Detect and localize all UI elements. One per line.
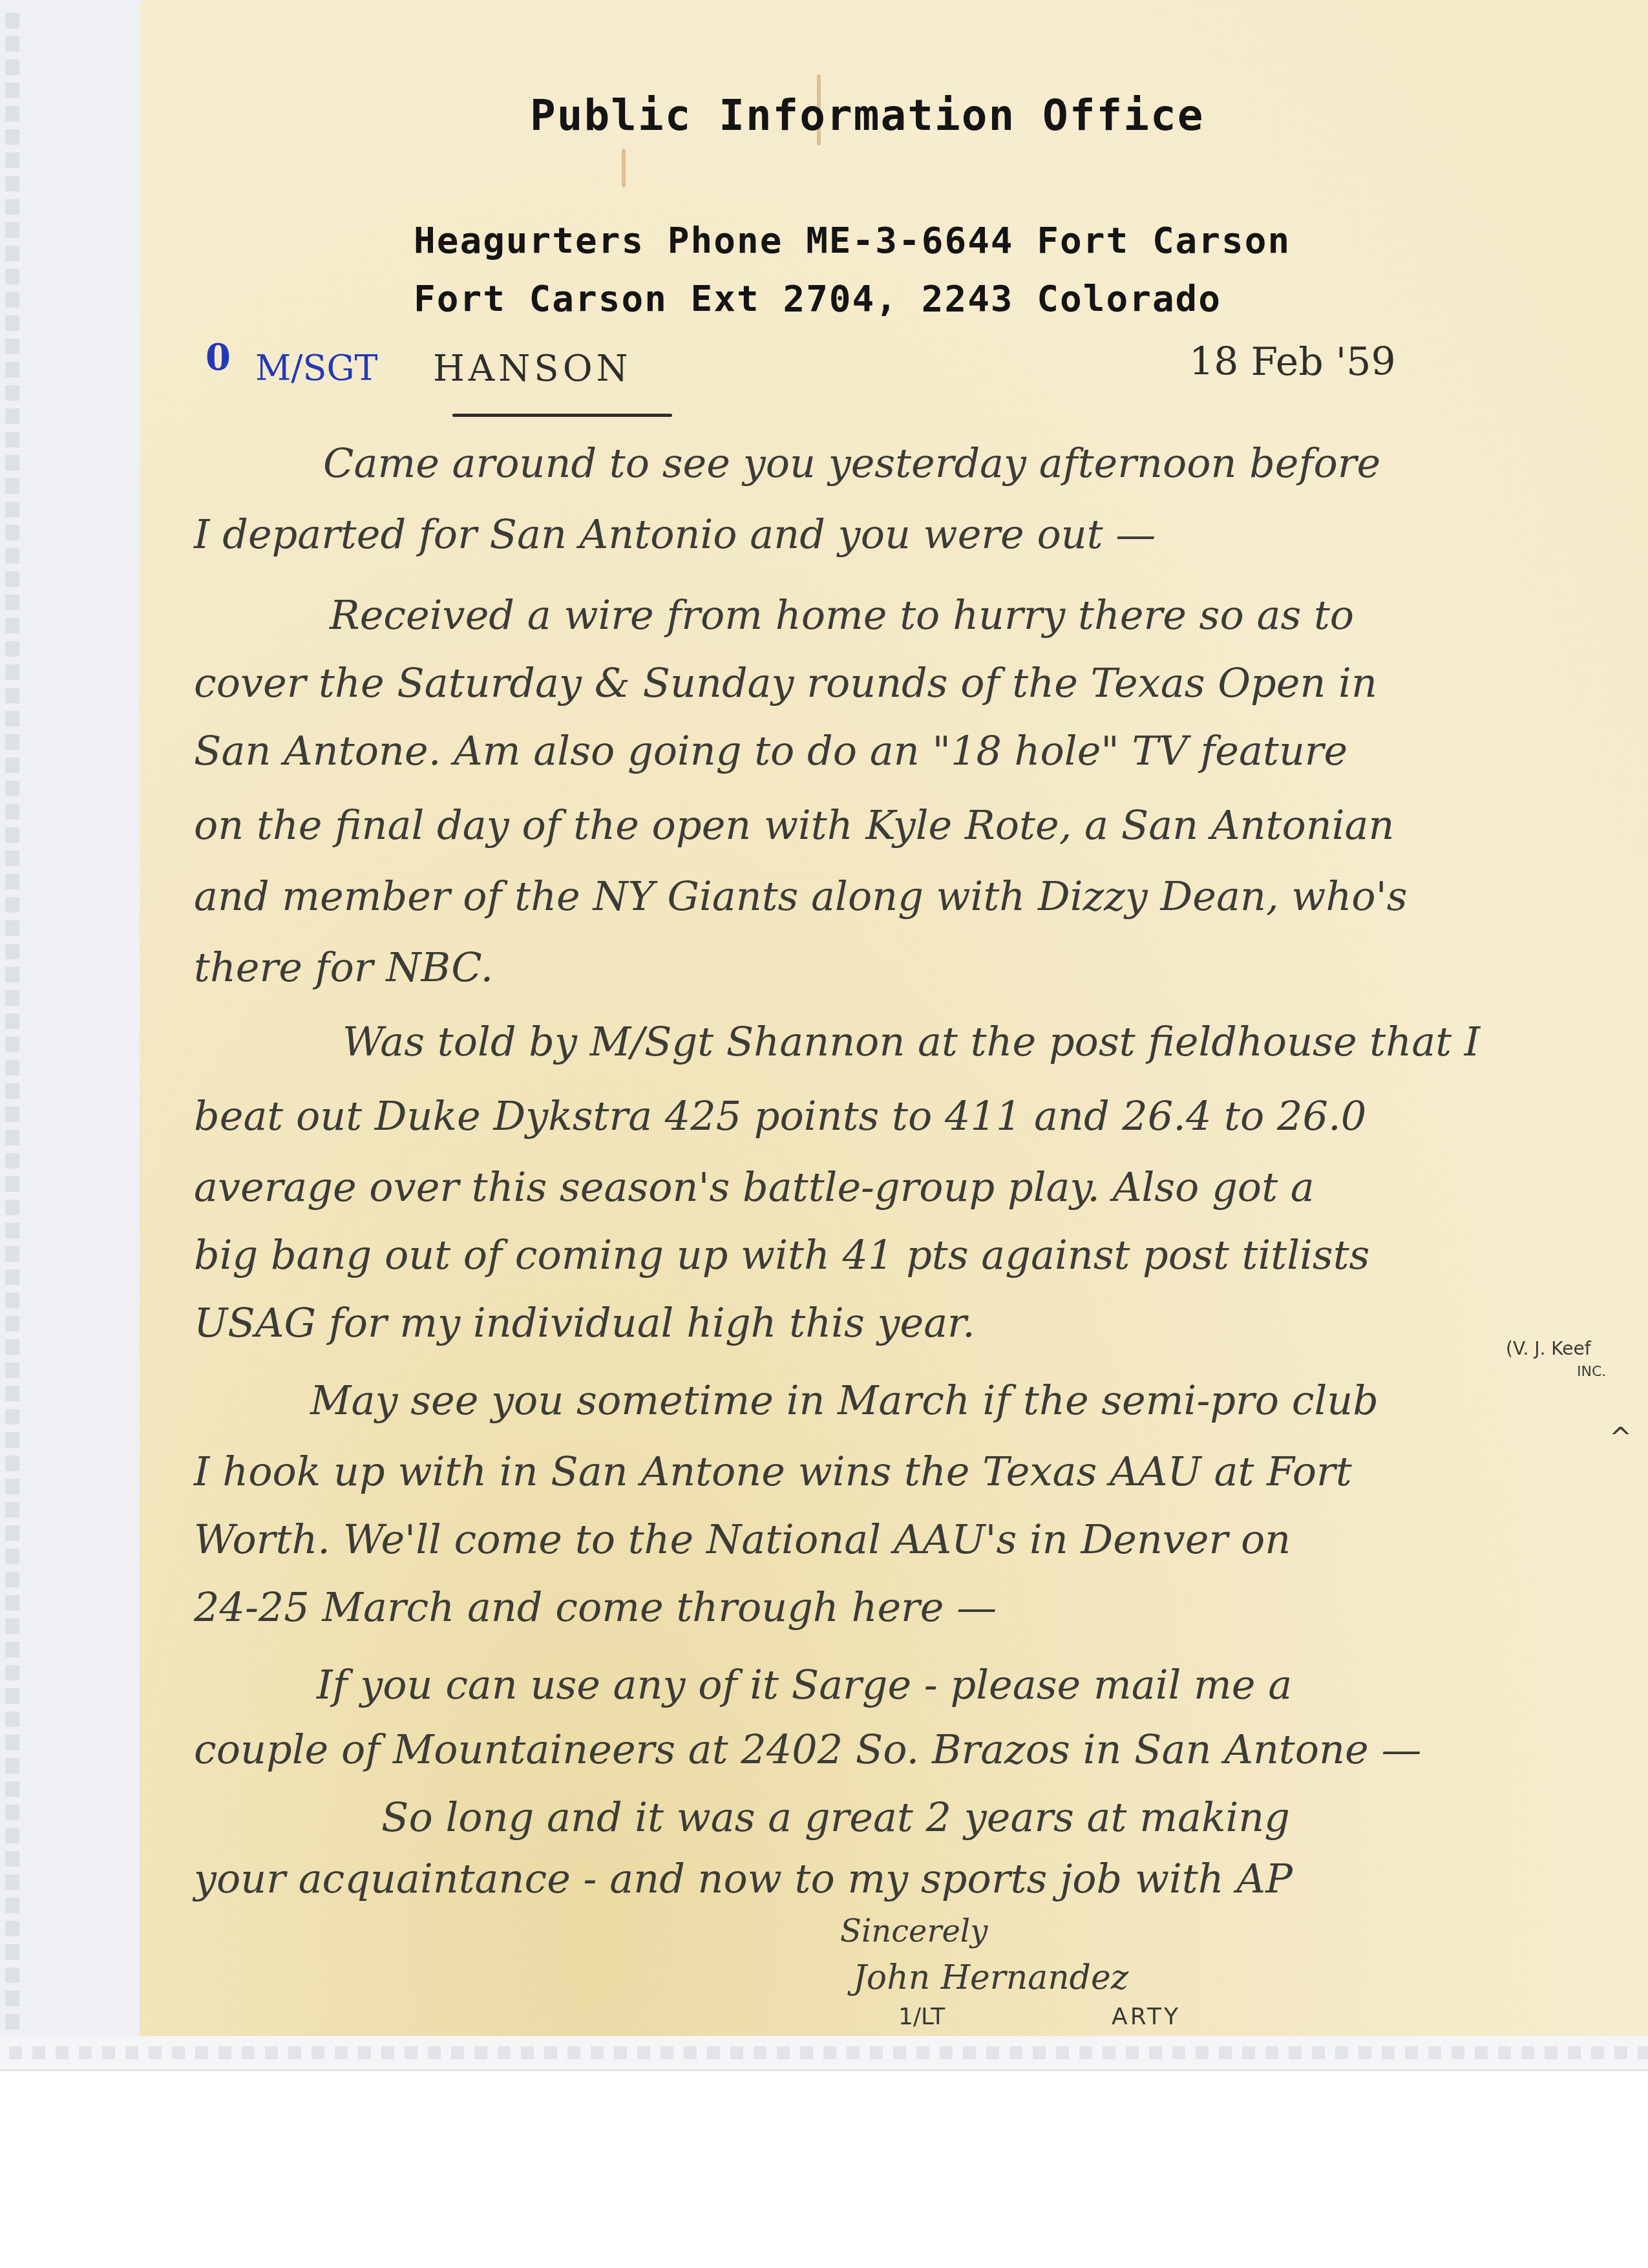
letter-date: 18 Feb '59	[1189, 339, 1396, 385]
body-line: your acquaintance - and now to my sports…	[194, 1855, 1293, 1902]
body-line: on the final day of the open with Kyle R…	[194, 801, 1394, 849]
body-line: beat out Duke Dykstra 425 points to 411 …	[194, 1092, 1366, 1139]
body-line: Came around to see you yesterday afterno…	[323, 440, 1380, 487]
body-line: I hook up with in San Antone wins the Te…	[194, 1448, 1352, 1495]
body-line: there for NBC.	[194, 944, 493, 991]
body-line: Was told by M/Sgt Shannon at the post fi…	[343, 1018, 1480, 1065]
margin-note-company: (V. J. Keef	[1506, 1338, 1591, 1359]
salutation-underline	[452, 414, 672, 417]
blue-ink-mark: 0	[206, 336, 231, 379]
body-line: San Antone. Am also going to do an "18 h…	[194, 727, 1347, 774]
body-line: So long and it was a great 2 years at ma…	[381, 1794, 1290, 1841]
body-line: cover the Saturday & Sunday rounds of th…	[194, 659, 1377, 706]
body-line: big bang out of coming up with 41 pts ag…	[194, 1231, 1369, 1278]
body-line: Received a wire from home to hurry there…	[330, 591, 1354, 639]
letterhead-ext-line: Fort Carson Ext 2704, 2243 Colorado	[414, 278, 1221, 320]
body-line: 24-25 March and come through here —	[194, 1584, 997, 1631]
body-line: USAG for my individual high this year.	[194, 1299, 975, 1346]
insertion-caret: ^	[1609, 1422, 1632, 1454]
valediction: Sincerely	[840, 1913, 988, 1949]
signer-branch: ARTY	[1112, 2004, 1181, 2030]
body-line: Worth. We'll come to the National AAU's …	[194, 1516, 1291, 1563]
body-line: May see you sometime in March if the sem…	[310, 1377, 1379, 1424]
salutation-name: HANSON	[433, 348, 632, 390]
body-line: If you can use any of it Sarge - please …	[317, 1661, 1292, 1708]
signature: John Hernandez	[853, 1958, 1128, 1997]
signer-rank: 1/LT	[898, 2004, 945, 2030]
letterhead-title: Public Information Office	[530, 90, 1204, 140]
salutation-rank: M/SGT	[255, 348, 378, 388]
body-line: I departed for San Antonio and you were …	[194, 511, 1156, 558]
margin-note-inc: INC.	[1577, 1364, 1606, 1380]
body-line: average over this season's battle-group …	[194, 1163, 1315, 1211]
sleeve-perforated-edge	[0, 2036, 1648, 2071]
letterhead-phone-line: Heagurters Phone ME-3-6644 Fort Carson	[414, 220, 1291, 262]
body-line: couple of Mountaineers at 2402 So. Brazo…	[194, 1726, 1421, 1773]
body-line: and member of the NY Giants along with D…	[194, 873, 1408, 920]
sleeve-binding-holes	[5, 6, 19, 2055]
staple-mark	[622, 149, 626, 187]
